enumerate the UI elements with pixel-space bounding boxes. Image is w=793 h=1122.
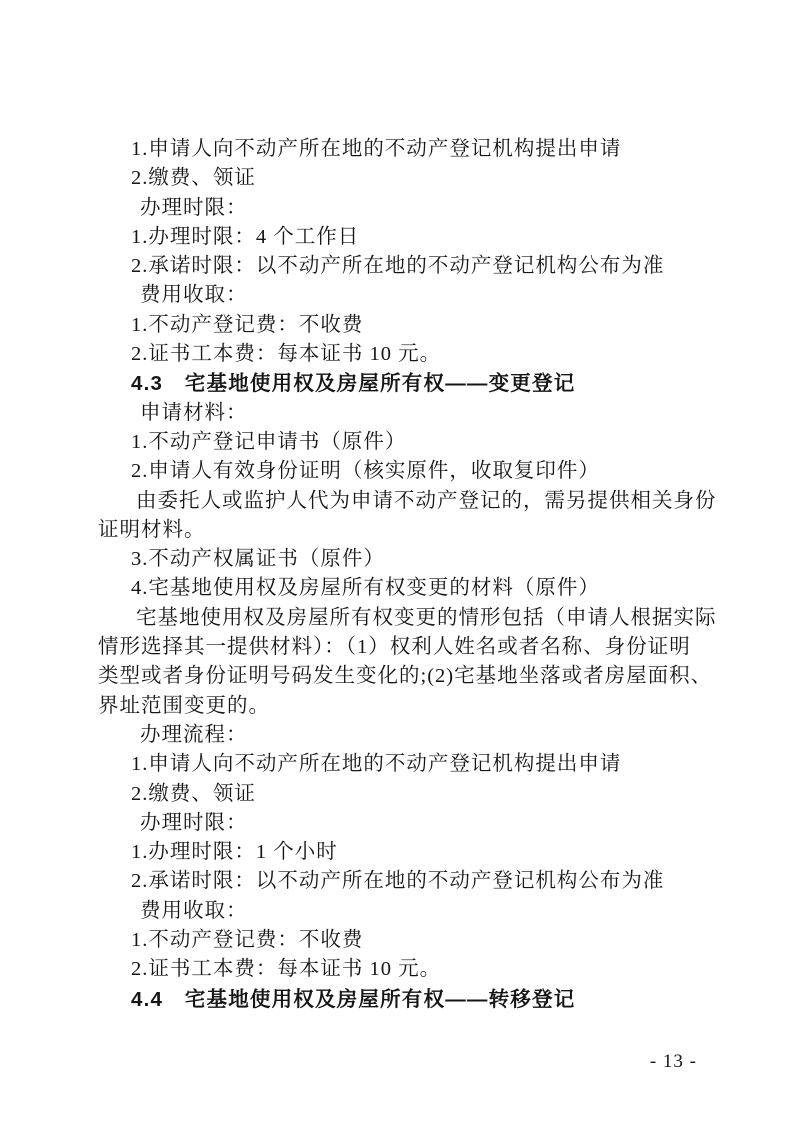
document-line: 1.申请人向不动产所在地的不动产登记机构提出申请 [98, 750, 758, 779]
document-line: 宅基地使用权及房屋所有权变更的情形包括（申请人根据实际 [98, 604, 758, 633]
document-line: 3.不动产权属证书（原件） [98, 545, 758, 574]
page-number: - 13 - [650, 1051, 697, 1072]
document-line: 1.不动产登记费：不收费 [98, 311, 758, 340]
document-line: 办理时限： [98, 194, 758, 223]
document-line: 1.申请人向不动产所在地的不动产登记机构提出申请 [98, 135, 758, 164]
document-line: 1.办理时限：1 个小时 [98, 838, 758, 867]
document-line: 办理时限： [98, 809, 758, 838]
document-line: 2.承诺时限：以不动产所在地的不动产登记机构公布为准 [98, 252, 758, 281]
document-line: 2.缴费、领证 [98, 780, 758, 809]
document-line: 1.不动产登记费：不收费 [98, 926, 758, 955]
document-line: 1.办理时限：4 个工作日 [98, 223, 758, 252]
page-footer: - 13 - [650, 1051, 697, 1073]
document-line: 4.宅基地使用权及房屋所有权变更的材料（原件） [98, 574, 758, 603]
document-line: 申请材料： [98, 399, 758, 428]
document-line: 2.承诺时限：以不动产所在地的不动产登记机构公布为准 [98, 867, 758, 896]
section-heading: 4.4 宅基地使用权及房屋所有权——转移登记 [98, 985, 758, 1014]
document-line: 1.不动产登记申请书（原件） [98, 428, 758, 457]
document-line: 2.证书工本费：每本证书 10 元。 [98, 340, 758, 369]
document-line: 2.申请人有效身份证明（核实原件，收取复印件） [98, 457, 758, 486]
document-line: 2.缴费、领证 [98, 164, 758, 193]
document-line: 办理流程： [98, 721, 758, 750]
section-heading: 4.3 宅基地使用权及房屋所有权——变更登记 [98, 369, 758, 398]
document-line: 界址范围变更的。 [98, 692, 758, 721]
document-line: 2.证书工本费：每本证书 10 元。 [98, 955, 758, 984]
document-body: 1.申请人向不动产所在地的不动产登记机构提出申请2.缴费、领证办理时限：1.办理… [98, 135, 758, 1014]
document-line: 类型或者身份证明号码发生变化的;(2)宅基地坐落或者房屋面积、 [98, 662, 758, 691]
document-line: 费用收取： [98, 897, 758, 926]
document-line: 证明材料。 [98, 516, 758, 545]
document-line: 费用收取： [98, 281, 758, 310]
document-line: 由委托人或监护人代为申请不动产登记的，需另提供相关身份 [98, 487, 758, 516]
document-line: 情形选择其一提供材料）：（1）权利人姓名或者名称、身份证明 [98, 633, 758, 662]
